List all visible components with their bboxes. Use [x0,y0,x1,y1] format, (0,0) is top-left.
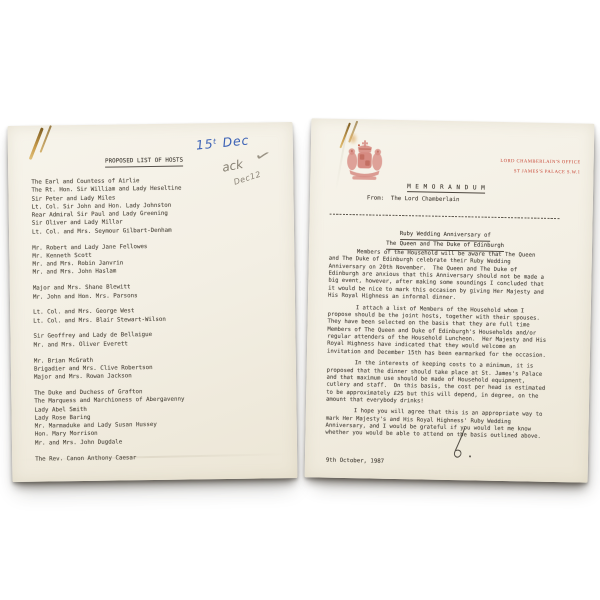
hosts-list: The Earl and Countess of Airlie The Rt. … [31,177,185,471]
hosts-list-title: PROPOSED LIST OF HOSTS [105,158,183,168]
checkmark-annotation: ✓ [253,147,273,166]
host-group: Mr. Brian McGrath Brigadier and Mrs. Cli… [34,355,184,382]
host-group: The Earl and Countess of Airlie The Rt. … [31,177,182,237]
memo-paragraph: I attach a list of Members of the Househ… [327,304,547,360]
memo-body: Members of the Household will be aware t… [325,249,548,446]
memo-divider-rule [330,214,560,219]
host-group: Sir Geoffrey and Lady de Bellaigue Mr. a… [33,331,183,350]
memo-heading: M E M O R A N D U M [330,182,562,193]
host-name-line: Mr. and Mrs. John Haslam [33,267,183,277]
memo-from-line: From: The Lord Chamberlain [367,195,460,203]
memo-paragraph: In the interests of keeping costs to a m… [326,360,546,408]
host-group: Major and Mrs. Shane Blewitt Mr. John an… [33,283,183,302]
memo-paragraph: Members of the Household will be aware t… [328,249,548,305]
proposed-hosts-page: 15ᵗ Dec ack Dec12 ✓ PROPOSED LIST OF HOS… [8,122,298,482]
host-group: Mr. Robert and Lady Jane Fellowes Mr. Ke… [32,242,183,277]
host-group: The Rev. Canon Anthony Caesar [35,453,185,463]
host-name-line: Mr. and Mrs. Oliver Everett [34,339,184,349]
photo-of-two-documents: 15ᵗ Dec ack Dec12 ✓ PROPOSED LIST OF HOS… [0,0,600,600]
staple-rust-mark [29,127,44,160]
signature [447,426,480,463]
host-name-line: Mr. and Mrs. John Dugdale [35,437,185,447]
memo-date: 9th October, 1987 [326,458,384,465]
memorandum-page: LORD CHAMBERLAIN'S OFFICE ST JAMES'S PAL… [305,118,595,482]
host-name-line: The Rev. Canon Anthony Caesar [35,453,185,463]
host-name-line: Major and Mrs. Rowan Jackson [34,372,184,382]
pencil-initials: ack [221,157,244,175]
host-group: Lt. Col. and Mrs. George West Lt. Col. a… [33,307,183,326]
host-group: The Duke and Duchess of Grafton The Marq… [34,388,185,448]
office-address-line: ST JAMES'S PALACE S.W.1 [500,167,581,179]
host-name-line: Lt. Col. and Mrs. Blair Stewart-Wilson [33,315,183,325]
handwritten-date-note: 15ᵗ Dec [195,132,250,152]
host-name-line: Mr. John and Hon. Mrs. Parsons [33,291,183,301]
host-name-line: Lt. Col. and Mrs. Seymour Gilbart-Denham [32,226,182,236]
office-address: LORD CHAMBERLAIN'S OFFICE ST JAMES'S PAL… [500,157,581,179]
memo-paragraph: I hope you will agree that this is an ap… [325,408,545,442]
royal-coat-of-arms-icon [344,139,385,183]
